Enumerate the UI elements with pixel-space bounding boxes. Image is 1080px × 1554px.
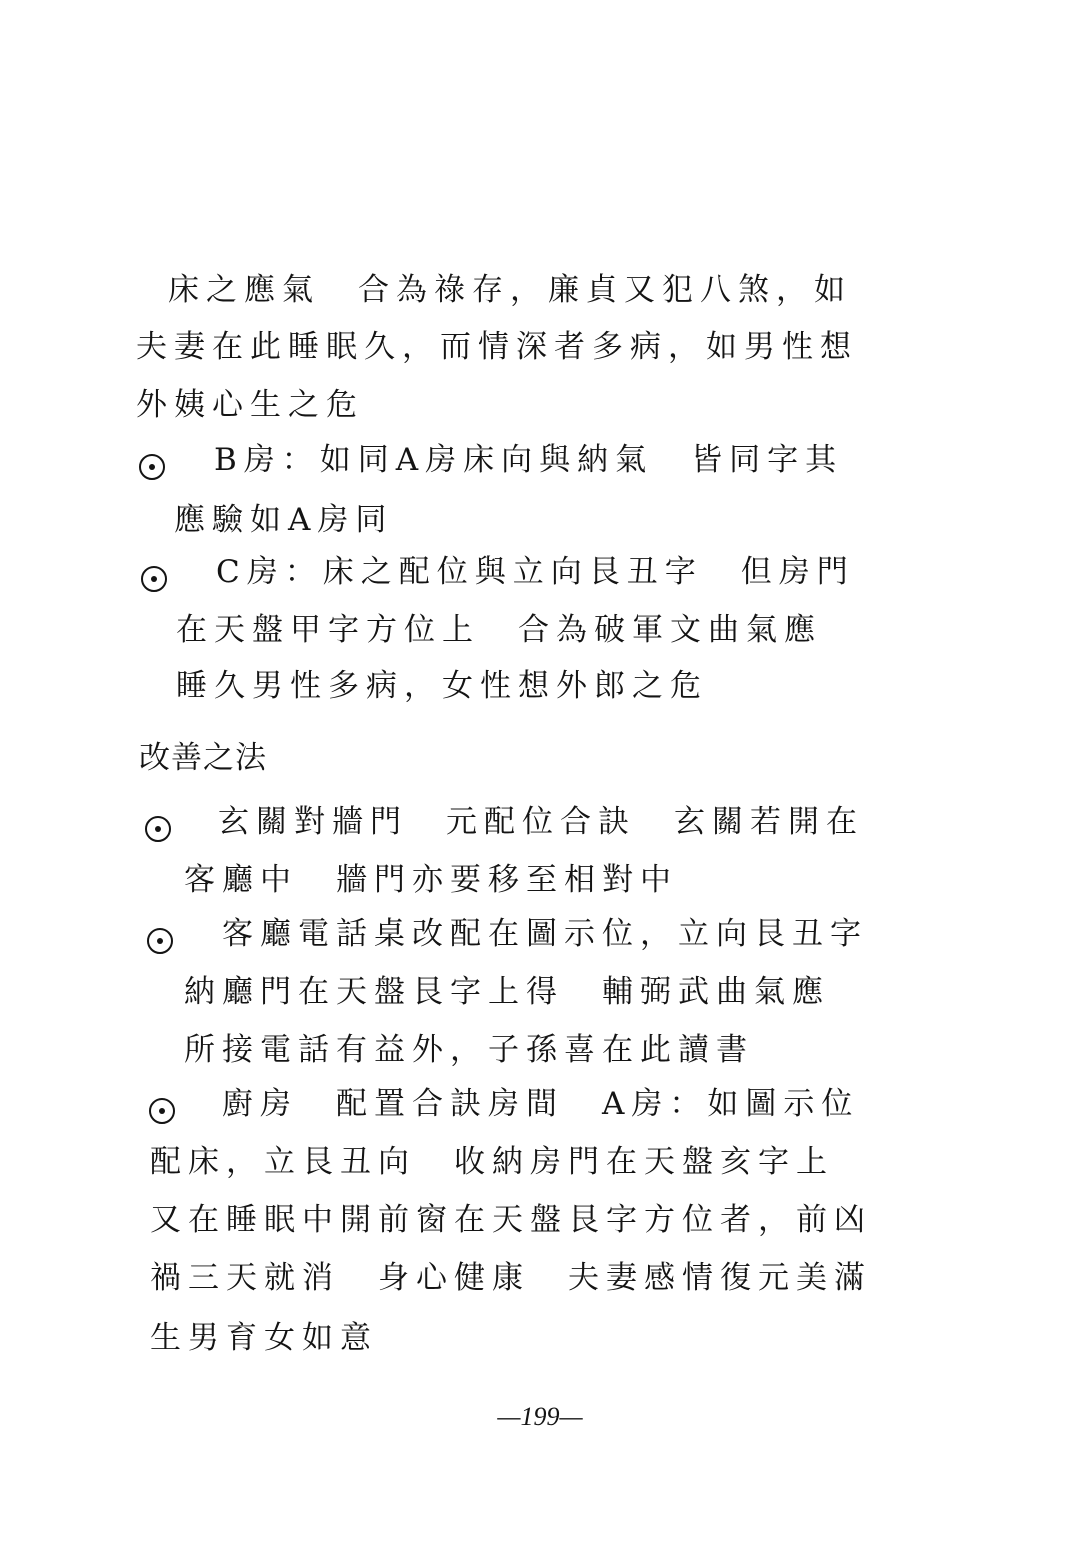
text-line: 客廳中 牆門亦要移至相對中 (184, 860, 678, 900)
text-line: 外姨心生之危 (136, 385, 364, 425)
text-line: 納廳門在天盤艮字上得 輔弼武曲氣應 (184, 972, 830, 1012)
text-line: 夫妻在此睡眠久，而情深者多病，如男性想 (136, 327, 858, 367)
text-line: 配床，立艮丑向 收納房門在天盤亥字上 (150, 1142, 834, 1182)
text-line: 禍三天就消 身心健康 夫妻感情復元美滿 (150, 1258, 872, 1298)
text-line: 廚房 配置合訣房間 A房：如圖示位 (222, 1084, 859, 1124)
text-line: 生男育女如意 (150, 1318, 378, 1358)
text-line: B房：如同A房床向與納氣 皆同字其 (214, 440, 843, 480)
bullet-circle-dot-icon (145, 816, 171, 842)
text-line: 床之應氣 合為祿存，廉貞又犯八煞，如 (168, 270, 852, 310)
bullet-circle-dot-icon (147, 928, 173, 954)
bullet-circle-dot-icon (149, 1098, 175, 1124)
text-line: 應驗如A房同 (174, 500, 393, 540)
text-line: 在天盤甲字方位上 合為破軍文曲氣應 (176, 610, 822, 650)
page-number: —199— (0, 1402, 1080, 1432)
text-line: C房：床之配位與立向艮丑字 但房門 (216, 552, 855, 592)
text-line: 睡久男性多病，女性想外郎之危 (176, 666, 708, 706)
text-line: 玄關對牆門 元配位合訣 玄關若開在 (218, 802, 864, 842)
text-line: 所接電話有益外，子孫喜在此讀書 (184, 1030, 754, 1070)
section-heading: 改善之法 (139, 738, 267, 778)
bullet-circle-dot-icon (141, 566, 167, 592)
text-line: 又在睡眠中開前窗在天盤艮字方位者，前凶 (150, 1200, 872, 1240)
bullet-circle-dot-icon (139, 454, 165, 480)
text-line: 客廳電話桌改配在圖示位，立向艮丑字 (222, 914, 868, 954)
